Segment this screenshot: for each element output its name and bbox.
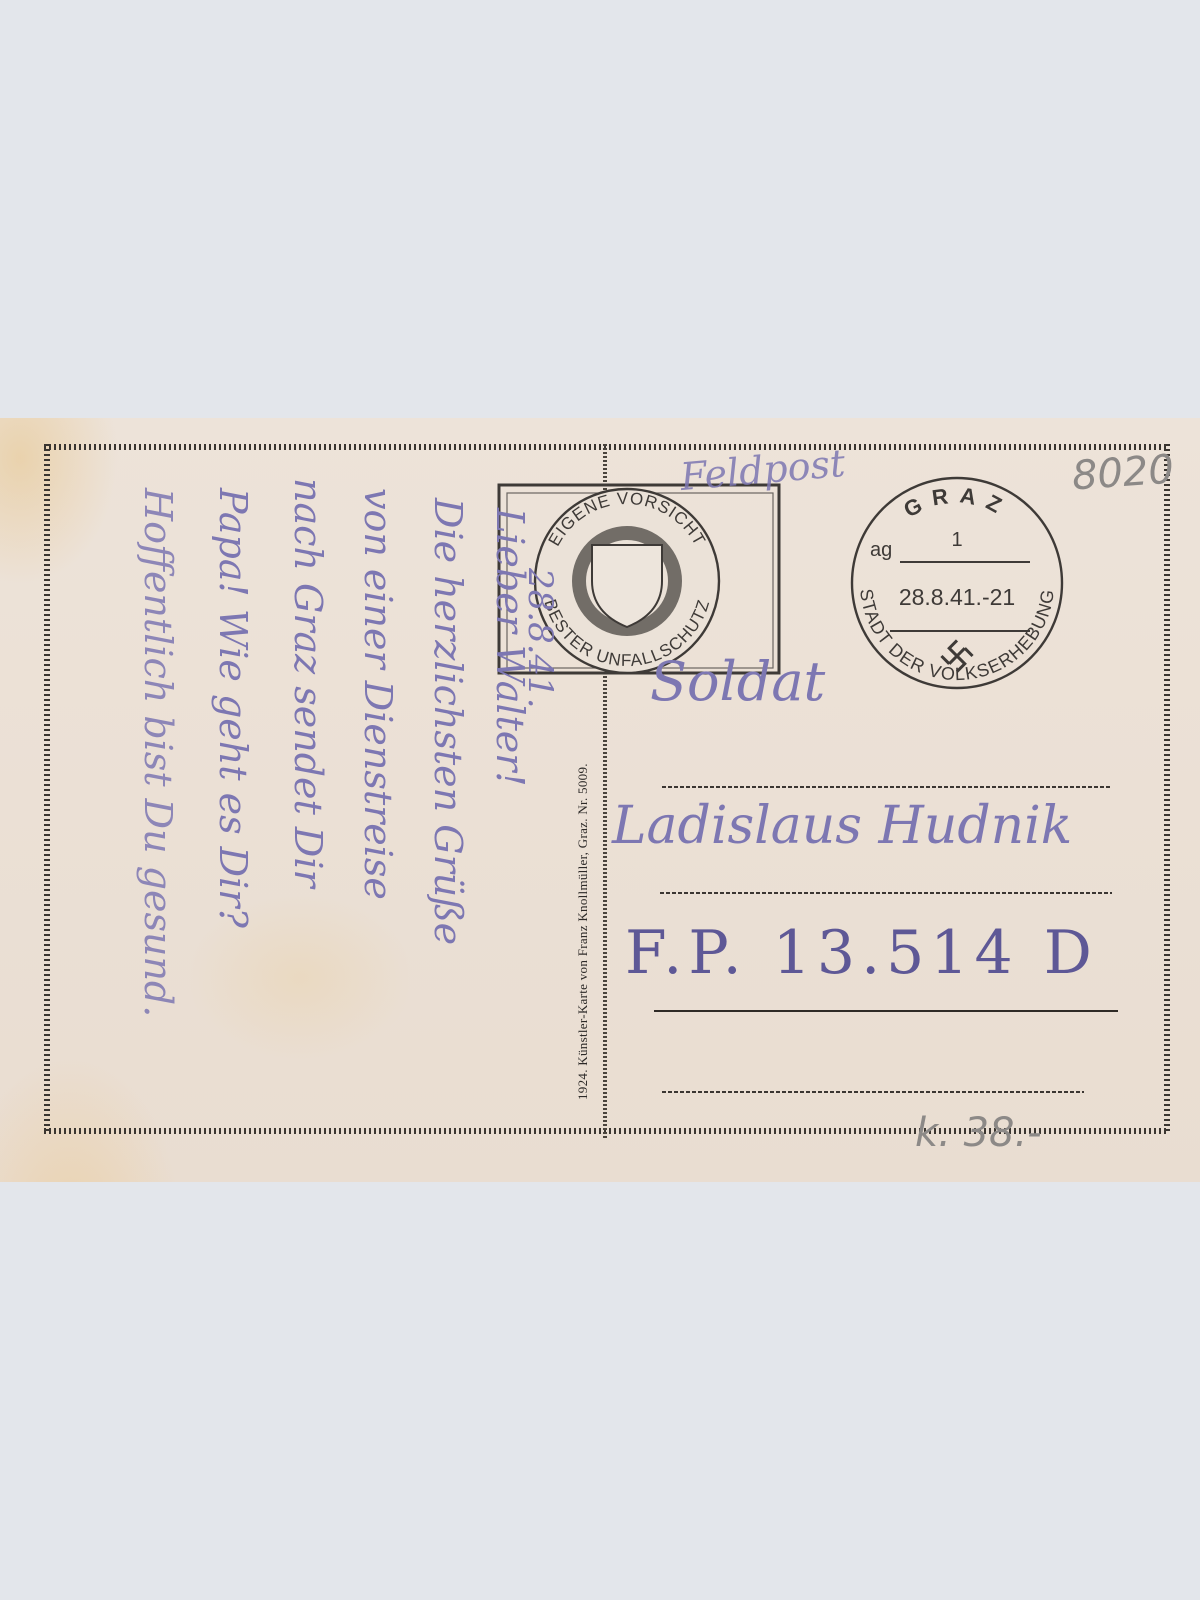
- address-line-3: [654, 1010, 1118, 1012]
- address-line3-text: F.P. 13.514 D: [625, 918, 1098, 988]
- message-line: nach Graz sendet Dir: [286, 478, 330, 888]
- svg-text:ag: ag: [870, 539, 892, 561]
- svg-text:GRAZ: GRAZ: [900, 482, 1015, 522]
- svg-text:28.8.41.-21: 28.8.41.-21: [899, 584, 1015, 610]
- svg-text:1: 1: [951, 529, 962, 551]
- address-line1-text: Soldat: [650, 650, 825, 713]
- pencil-note-bottom-right: k. 38.-: [915, 1110, 1042, 1156]
- address-line-4: [662, 1091, 1084, 1093]
- message-salutation: Lieber Walter!: [488, 508, 532, 787]
- message-line: Papa! Wie geht es Dir?: [211, 488, 255, 928]
- graz-postmark: GRAZ STADT DER VOLKSERHEBUNG 1 ag 28.8.4…: [840, 468, 1100, 728]
- address-line-2: [660, 892, 1112, 894]
- address-line-1: [662, 786, 1112, 788]
- message-line: Hoffentlich bist Du gesund.: [136, 488, 180, 1017]
- address-line2-text: Ladislaus Hudnik: [612, 796, 1072, 856]
- message-line: Die herzlichsten Grüße: [426, 498, 470, 945]
- message-line: von einer Dienstreise: [356, 488, 400, 900]
- frame-right: [1164, 444, 1170, 1132]
- frame-left: [44, 444, 50, 1132]
- postcard: EIGENE VORSICHT BESTER UNFALLSCHUTZ GRAZ…: [0, 418, 1200, 1182]
- pencil-note-top-right: 8020: [1071, 447, 1176, 500]
- publisher-imprint: 1924. Künstler-Karte von Franz Knollmüll…: [575, 763, 591, 1100]
